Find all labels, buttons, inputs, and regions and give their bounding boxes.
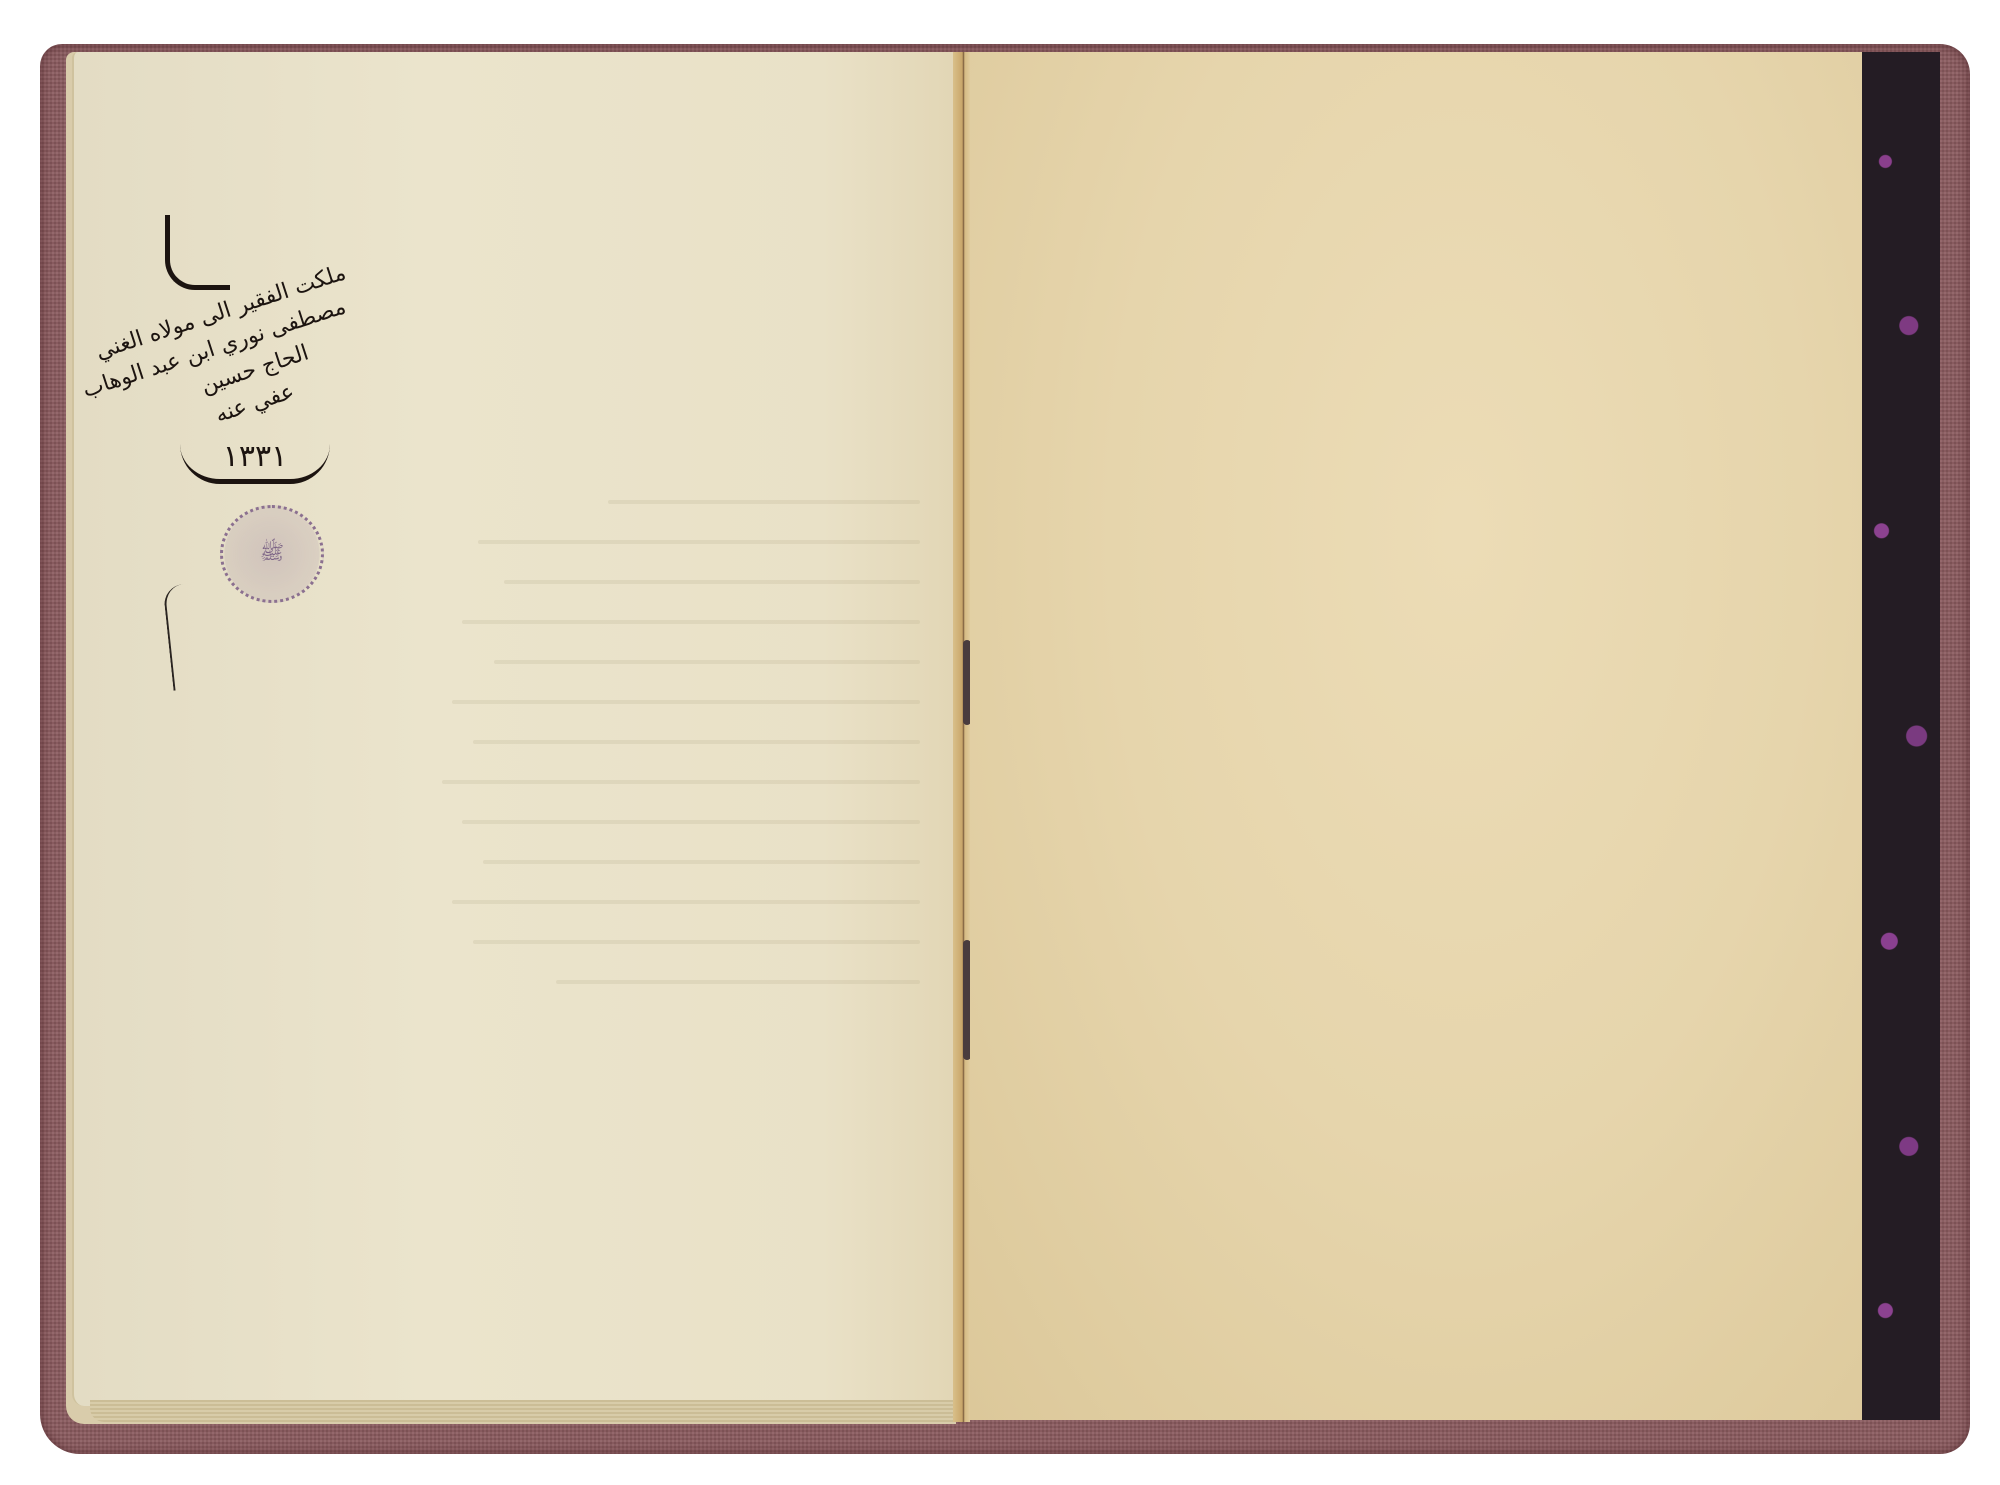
seal-glyph: ﷺ	[260, 540, 284, 569]
page-edges	[90, 1400, 954, 1422]
inscription-date: ١٣٣١	[180, 435, 330, 484]
right-page	[970, 52, 1862, 1420]
gutter	[953, 52, 970, 1422]
bleed-through-text	[400, 500, 920, 1020]
ownership-inscription: ملكت الفقير الى مولاه الغني مصطفى نوري ا…	[160, 215, 350, 495]
ownership-seal: ﷺ	[220, 505, 324, 603]
marbled-endpaper	[1862, 52, 1940, 1420]
